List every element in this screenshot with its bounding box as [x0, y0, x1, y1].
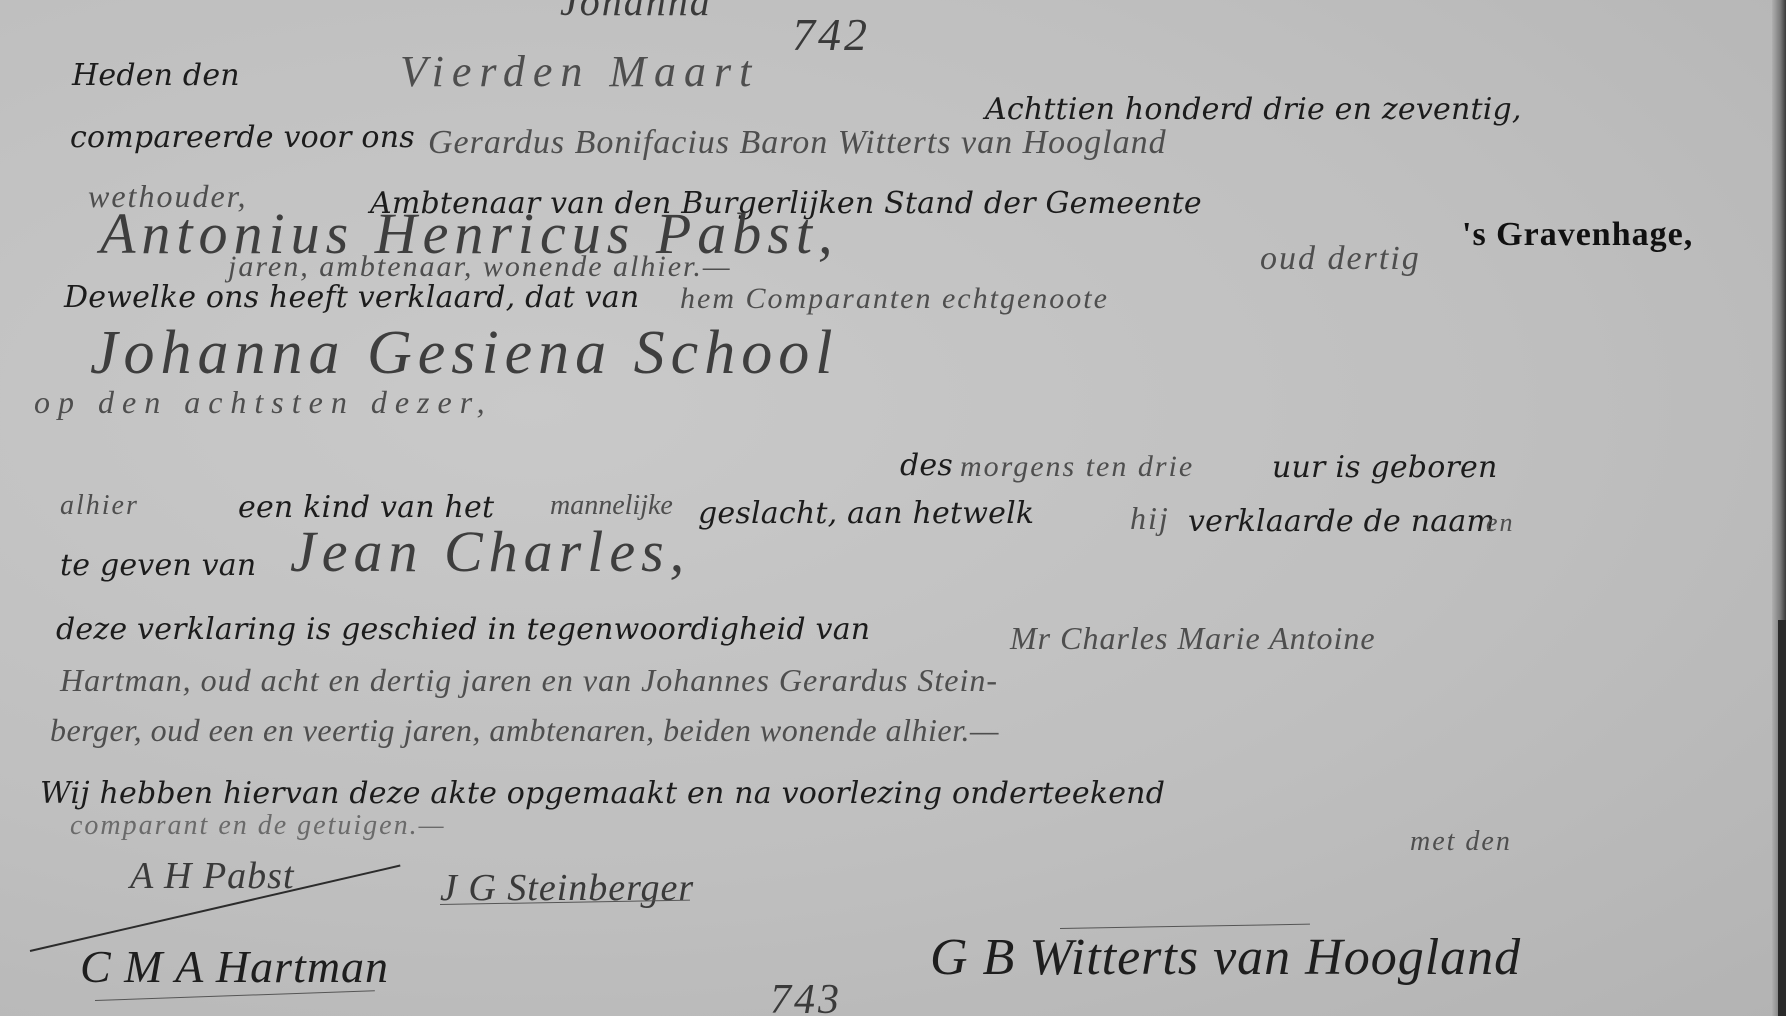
previous-record-fragment: Johanna: [560, 0, 712, 25]
handwritten-relationship: hem Comparanten echtgenoote: [680, 282, 1109, 316]
handwritten-naam-suffix: en: [1486, 508, 1515, 538]
printed-geslacht: geslacht, aan hetwelk: [698, 496, 1034, 531]
printed-dewelke: Dewelke ons heeft verklaard, dat van: [64, 280, 639, 315]
handwritten-alhier: alhier: [60, 490, 139, 522]
printed-compareerde: compareerde voor ons: [70, 120, 415, 155]
document-page: Johanna 742 Heden den Vierden Maart Acht…: [0, 0, 1786, 1016]
printed-heden-den: Heden den: [72, 58, 240, 93]
handwritten-witness-details-1: Hartman, oud acht en dertig jaren en van…: [60, 662, 998, 699]
handwritten-witness1-name: Mr Charles Marie Antoine: [1010, 620, 1376, 657]
signature-official: G B Witterts van Hoogland: [930, 928, 1521, 987]
handwritten-mother-name: Johanna Gesiena School: [90, 318, 838, 389]
printed-te-geven-van: te geven van: [60, 548, 256, 583]
handwritten-pronoun: hij: [1130, 500, 1170, 537]
handwritten-birth-day: op den achtsten dezer,: [34, 384, 493, 421]
printed-naam: verklaarde de naam: [1188, 504, 1495, 539]
printed-verklaring: deze verklaring is geschied in tegenwoor…: [56, 612, 870, 647]
record-number: 742: [792, 8, 870, 61]
printed-uur-geboren: uur is geboren: [1272, 450, 1498, 485]
handwritten-met-den: met den: [1410, 826, 1512, 858]
handwritten-official-name: Gerardus Bonifacius Baron Witterts van H…: [428, 124, 1167, 162]
handwritten-occupation: jaren, ambtenaar, wonende alhier.—: [228, 250, 732, 284]
printed-wij-hebben: Wij hebben hiervan deze akte opgemaakt e…: [40, 776, 1165, 811]
page-edge-shadow: [1778, 620, 1786, 1016]
printed-year: Achttien honderd drie en zeventig,: [985, 92, 1522, 127]
handwritten-comparant: comparant en de getuigen.—: [70, 810, 446, 842]
handwritten-child-name: Jean Charles,: [290, 518, 690, 585]
handwritten-date: Vierden Maart: [400, 46, 759, 97]
handwritten-birth-time: morgens ten drie: [960, 450, 1194, 484]
next-record-number: 743: [770, 976, 842, 1016]
signature-declarant: A H Pabst: [130, 854, 295, 898]
printed-des: des: [900, 448, 953, 483]
printed-place: 's Gravenhage,: [1462, 216, 1693, 254]
handwritten-witness-details-2: berger, oud een en veertig jaren, ambten…: [50, 712, 999, 749]
signature-witness-hartman: C M A Hartman: [80, 940, 389, 993]
handwritten-declarant-age: oud dertig: [1260, 240, 1421, 278]
